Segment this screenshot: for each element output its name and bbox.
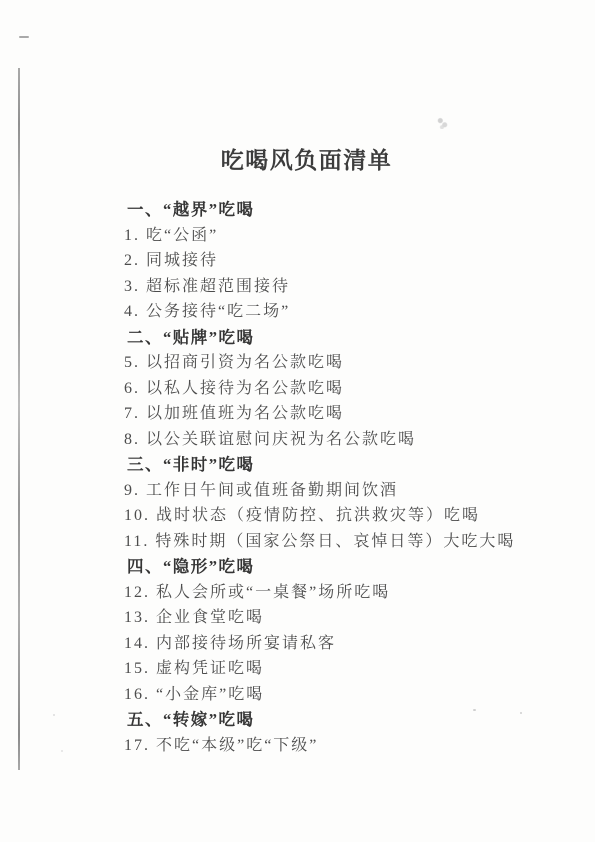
list-item: 7. 以加班值班为名公款吃喝 [124,401,565,427]
list-item: 15. 虚构凭证吃喝 [124,656,565,682]
section-heading: 五、“转嫁”吃喝 [124,707,565,733]
scan-mark-dash [19,36,29,38]
section-heading: 一、“越界”吃喝 [124,197,565,223]
list-item: 17. 不吃“本级”吃“下级” [124,733,565,759]
list-item: 2. 同城接待 [124,248,565,274]
scanned-document-page: 吃喝风负面清单 一、“越界”吃喝 1. 吃“公函” 2. 同城接待 3. 超标准… [0,0,595,842]
list-item: 5. 以招商引资为名公款吃喝 [124,350,565,376]
list-item: 8. 以公关联谊慰问庆祝为名公款吃喝 [124,427,565,453]
list-item: 1. 吃“公函” [124,223,565,249]
negative-list: 一、“越界”吃喝 1. 吃“公函” 2. 同城接待 3. 超标准超范围接待 4.… [124,197,565,758]
section-heading: 四、“隐形”吃喝 [124,554,565,580]
list-item: 3. 超标准超范围接待 [124,274,565,300]
section-heading: 二、“贴牌”吃喝 [124,325,565,351]
section-heading: 三、“非时”吃喝 [124,452,565,478]
list-item: 10. 战时状态（疫情防控、抗洪救灾等）吃喝 [124,503,565,529]
list-item: 6. 以私人接待为名公款吃喝 [124,376,565,402]
scan-smudge [437,117,448,129]
page-title: 吃喝风负面清单 [0,142,595,175]
list-item: 4. 公务接待“吃二场” [124,299,565,325]
list-item: 11. 特殊时期（国家公祭日、哀悼日等）大吃大喝 [124,529,565,555]
scan-speck [53,714,55,716]
list-item: 12. 私人会所或“一桌餐”场所吃喝 [124,580,565,606]
list-item: 16. “小金库”吃喝 [124,682,565,708]
list-item: 9. 工作日午间或值班备勤期间饮酒 [124,478,565,504]
scan-speck [61,750,63,752]
list-item: 13. 企业食堂吃喝 [124,605,565,631]
list-item: 14. 内部接待场所宴请私客 [124,631,565,657]
